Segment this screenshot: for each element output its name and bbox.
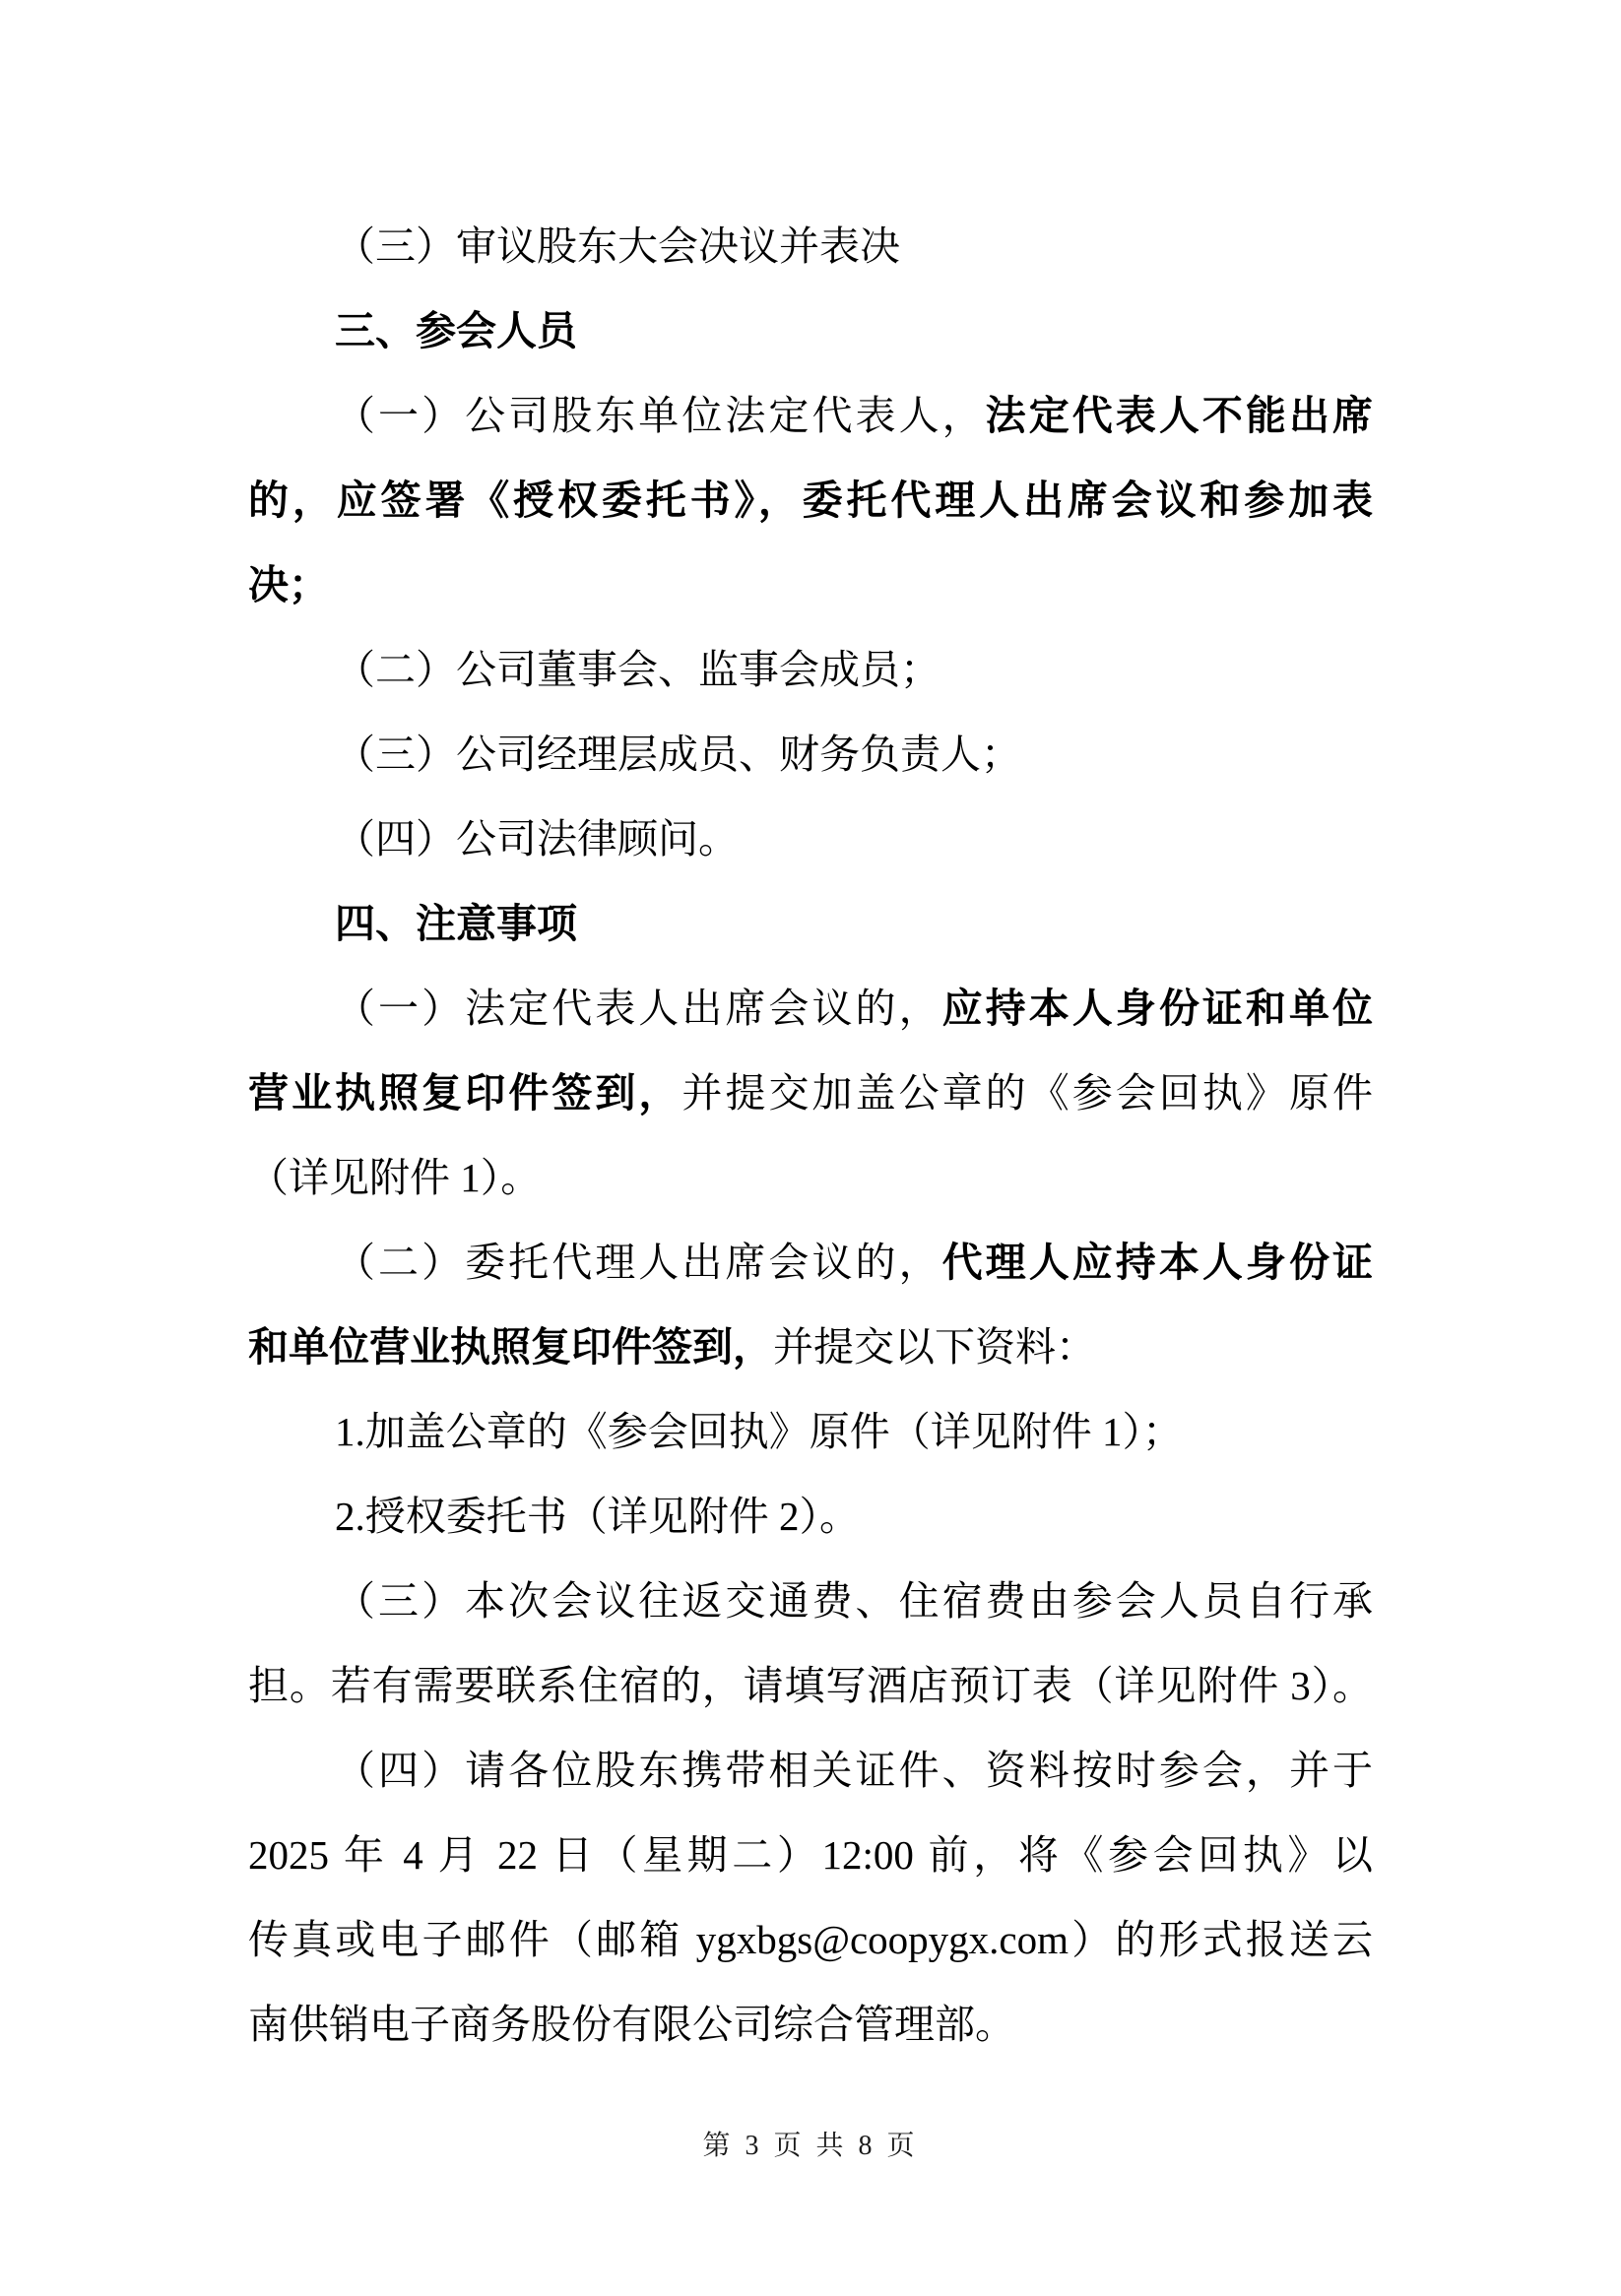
text-line: 的，应签署《授权委托书》，委托代理人出席会议和参加表 [248,458,1373,542]
document-page: （三）审议股东大会决议并表决三、参会人员（一）公司股东单位法定代表人，法定代表人… [0,0,1621,2296]
text-line: （二）公司董事会、监事会成员； [248,627,1373,712]
page-footer: 第 3 页 共 8 页 [0,2125,1621,2168]
text-line: 决； [248,542,1373,627]
text-line: 1.加盖公章的《参会回执》原件（详见附件 1）； [248,1389,1373,1474]
text-line: （四）请各位股东携带相关证件、资料按时参会，并于 [248,1728,1373,1813]
text-run: 传真或电子邮件（邮箱 ygxbgs@coopygx.com）的形式报送云 [248,1917,1373,1962]
text-line: 担。若有需要联系住宿的，请填写酒店预订表（详见附件 3）。 [248,1643,1373,1728]
emphasis-text-run: 应持本人身份证和单位 [942,986,1373,1031]
text-run: （四）公司法律顾问。 [335,816,739,861]
text-run: （三）公司经理层成员、财务负责人； [335,732,1021,777]
text-run: 1.加盖公章的《参会回执》原件（详见附件 1）； [335,1409,1183,1454]
text-line: 南供销电子商务股份有限公司综合管理部。 [248,1982,1373,2067]
text-run: 2.授权委托书（详见附件 2）。 [335,1494,860,1539]
emphasis-text-run: 决； [248,562,329,607]
text-run: （三）审议股东大会决议并表决 [335,223,900,269]
page-number-text: 第 3 页 共 8 页 [702,2131,918,2161]
emphasis-text-run: 法定代表人不能出席 [986,393,1373,438]
text-run: （一）法定代表人出席会议的， [335,986,942,1031]
text-run: （四）请各位股东携带相关证件、资料按时参会，并于 [335,1748,1373,1793]
text-run: 并提交以下资料： [773,1324,1096,1370]
text-run: 南供销电子商务股份有限公司综合管理部。 [248,2002,1015,2047]
text-line: 2025 年 4 月 22 日（星期二）12:00 前，将《参会回执》以 [248,1813,1373,1897]
text-run: （详见附件 1）。 [248,1155,541,1200]
text-line: （三）公司经理层成员、财务负责人； [248,712,1373,797]
emphasis-text-run: 四、注意事项 [335,901,577,946]
emphasis-text-run: 的，应签署《授权委托书》，委托代理人出席会议和参加表 [248,478,1373,523]
text-run: 2025 年 4 月 22 日（星期二）12:00 前，将《参会回执》以 [248,1832,1373,1878]
text-line: （一）公司股东单位法定代表人，法定代表人不能出席 [248,373,1373,458]
text-run: （二）公司董事会、监事会成员； [335,647,940,692]
text-line: 四、注意事项 [248,881,1373,966]
text-run: （三）本次会议往返交通费、住宿费由参会人员自行承 [335,1578,1373,1624]
emphasis-text-run: 三、参会人员 [335,308,577,353]
text-line: 营业执照复印件签到，并提交加盖公章的《参会回执》原件 [248,1051,1373,1135]
text-line: 传真或电子邮件（邮箱 ygxbgs@coopygx.com）的形式报送云 [248,1897,1373,1982]
text-line: （三）本次会议往返交通费、住宿费由参会人员自行承 [248,1559,1373,1643]
text-line: （二）委托代理人出席会议的，代理人应持本人身份证 [248,1220,1373,1305]
text-line: 和单位营业执照复印件签到，并提交以下资料： [248,1305,1373,1389]
text-line: （三）审议股东大会决议并表决 [248,204,1373,288]
text-line: （详见附件 1）。 [248,1135,1373,1220]
emphasis-text-run: 代理人应持本人身份证 [942,1240,1373,1285]
text-run: 担。若有需要联系住宿的，请填写酒店预订表（详见附件 3）。 [248,1663,1373,1708]
text-run: （一）公司股东单位法定代表人， [335,393,986,438]
text-line: （一）法定代表人出席会议的，应持本人身份证和单位 [248,966,1373,1051]
document-body: （三）审议股东大会决议并表决三、参会人员（一）公司股东单位法定代表人，法定代表人… [248,204,1373,2067]
emphasis-text-run: 营业执照复印件签到， [248,1070,681,1116]
emphasis-text-run: 和单位营业执照复印件签到， [248,1324,773,1370]
text-line: 三、参会人员 [248,288,1373,373]
text-run: 并提交加盖公章的《参会回执》原件 [681,1070,1373,1116]
text-line: 2.授权委托书（详见附件 2）。 [248,1474,1373,1559]
text-line: （四）公司法律顾问。 [248,797,1373,881]
text-run: （二）委托代理人出席会议的， [335,1240,942,1285]
